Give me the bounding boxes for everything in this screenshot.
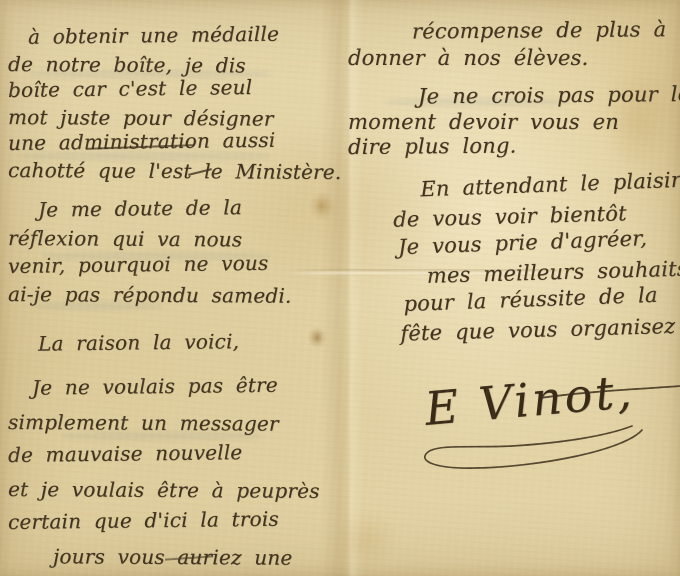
paragraph: En attendant le plaisir de vous voir bie… — [348, 169, 680, 349]
handwritten-line: La raison la voici, — [8, 327, 239, 358]
handwritten-line: une administration aussi — [8, 126, 342, 157]
handwritten-line: Je ne crois pas pour le — [348, 82, 680, 110]
paragraph: La raison la voici, — [8, 330, 239, 358]
handwritten-letter-scan: à obtenir une médaille de notre boîte, j… — [0, 0, 680, 576]
paragraph: Je ne voulais pas être simplement un mes… — [8, 372, 320, 573]
handwritten-line: récompense de plus à — [348, 17, 666, 45]
handwritten-line: ai-je pas répondu samedi. — [8, 280, 292, 310]
handwritten-line: venir, pourquoi ne vous — [8, 249, 292, 280]
handwritten-line: de mauvaise nouvelle — [8, 435, 320, 472]
handwritten-line: jours vous auriez une — [8, 540, 320, 575]
ink-stain — [310, 192, 334, 220]
handwritten-line: Je ne voulais pas être — [8, 368, 320, 405]
paragraph: récompense de plus à donner à nos élèves… — [348, 20, 666, 71]
handwritten-line: dire plus long. — [348, 132, 680, 160]
paragraph: Je ne crois pas pour le moment devoir vo… — [348, 85, 680, 160]
paragraph: Je me doute de la réflexion qui va nous … — [8, 196, 292, 308]
paper-stain — [326, 505, 406, 575]
handwritten-line: boîte car c'est le seul — [8, 73, 342, 104]
handwritten-line: donner à nos élèves. — [348, 46, 666, 72]
ink-stain — [308, 327, 326, 348]
handwritten-line: Je me doute de la — [8, 193, 292, 224]
handwritten-line: moment devoir vous en — [348, 110, 680, 135]
handwritten-line: à obtenir une médaille — [8, 20, 342, 51]
handwritten-line: cahotté que l'est le Ministère. — [8, 157, 342, 186]
paragraph: à obtenir une médaille de notre boîte, j… — [8, 24, 341, 183]
signature: E Vinot, — [423, 364, 637, 436]
handwritten-line: certain que d'ici la trois — [8, 502, 320, 539]
